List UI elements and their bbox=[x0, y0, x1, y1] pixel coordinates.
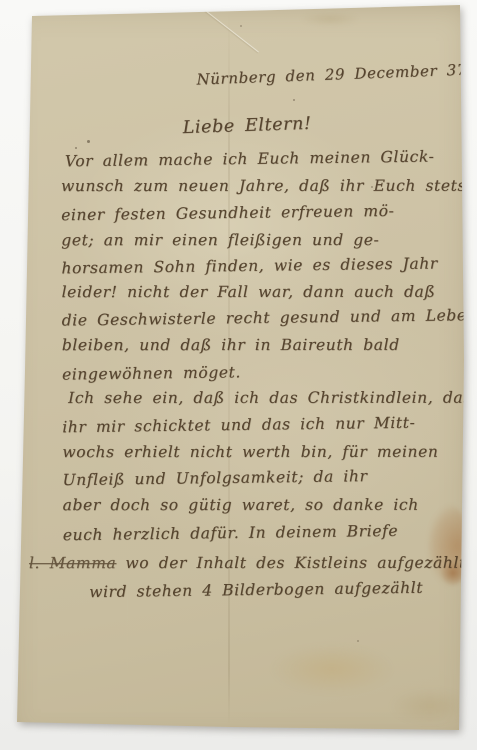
dateline: Nürnberg den 29 December 37. bbox=[196, 60, 472, 88]
letter-line: wunsch zum neuen Jahre, daß ihr Euch ste… bbox=[61, 177, 466, 195]
scanned-letter-photo: Nürnberg den 29 December 37. Liebe Elter… bbox=[0, 0, 477, 750]
letter-line: leider! nicht der Fall war, dann auch da… bbox=[62, 283, 436, 301]
letter-line: horsamen Sohn finden, wie es dieses Jahr bbox=[61, 254, 438, 277]
letter-line: euch herzlich dafür. In deinem Briefe bbox=[63, 522, 399, 544]
letter-paper: Nürnberg den 29 December 37. Liebe Elter… bbox=[0, 0, 477, 750]
letter-line: get; an mir einen fleißigen und ge- bbox=[61, 231, 379, 249]
letter-line: Ich sehe ein, daß ich das Christkindlein… bbox=[68, 389, 472, 407]
letter-line: wird stehen 4 Bilderbogen aufgezählt bbox=[89, 579, 423, 601]
letter-line: Vor allem mache ich Euch meinen Glück- bbox=[65, 148, 435, 171]
line-text: wo der Inhalt des Kistleins aufgezählt bbox=[125, 554, 465, 572]
letter-line: eingewöhnen möget. bbox=[62, 363, 241, 383]
letter-line: die Geschwisterle recht gesund und am Le… bbox=[62, 306, 477, 329]
letter-line: einer festen Gesundheit erfreuen mö- bbox=[61, 202, 395, 224]
letter-line: ihr mir schicktet und das ich nur Mitt- bbox=[62, 414, 415, 437]
letter-line: bleiben, und daß ihr in Baireuth bald bbox=[62, 336, 400, 354]
struck-margin-word: l. Mamma bbox=[29, 554, 116, 572]
letter-text: Nürnberg den 29 December 37. Liebe Elter… bbox=[0, 0, 477, 750]
paper-shadow: Nürnberg den 29 December 37. Liebe Elter… bbox=[0, 0, 477, 750]
letter-line: Unfleiß und Unfolgsamkeit; da ihr bbox=[62, 467, 367, 489]
letter-line-with-margin-note: l. Mammawo der Inhalt des Kistleins aufg… bbox=[29, 554, 466, 572]
salutation: Liebe Eltern! bbox=[182, 114, 312, 138]
letter-line: aber doch so gütig waret, so danke ich bbox=[63, 496, 419, 514]
letter-line: wochs erhielt nicht werth bin, für meine… bbox=[62, 443, 438, 461]
